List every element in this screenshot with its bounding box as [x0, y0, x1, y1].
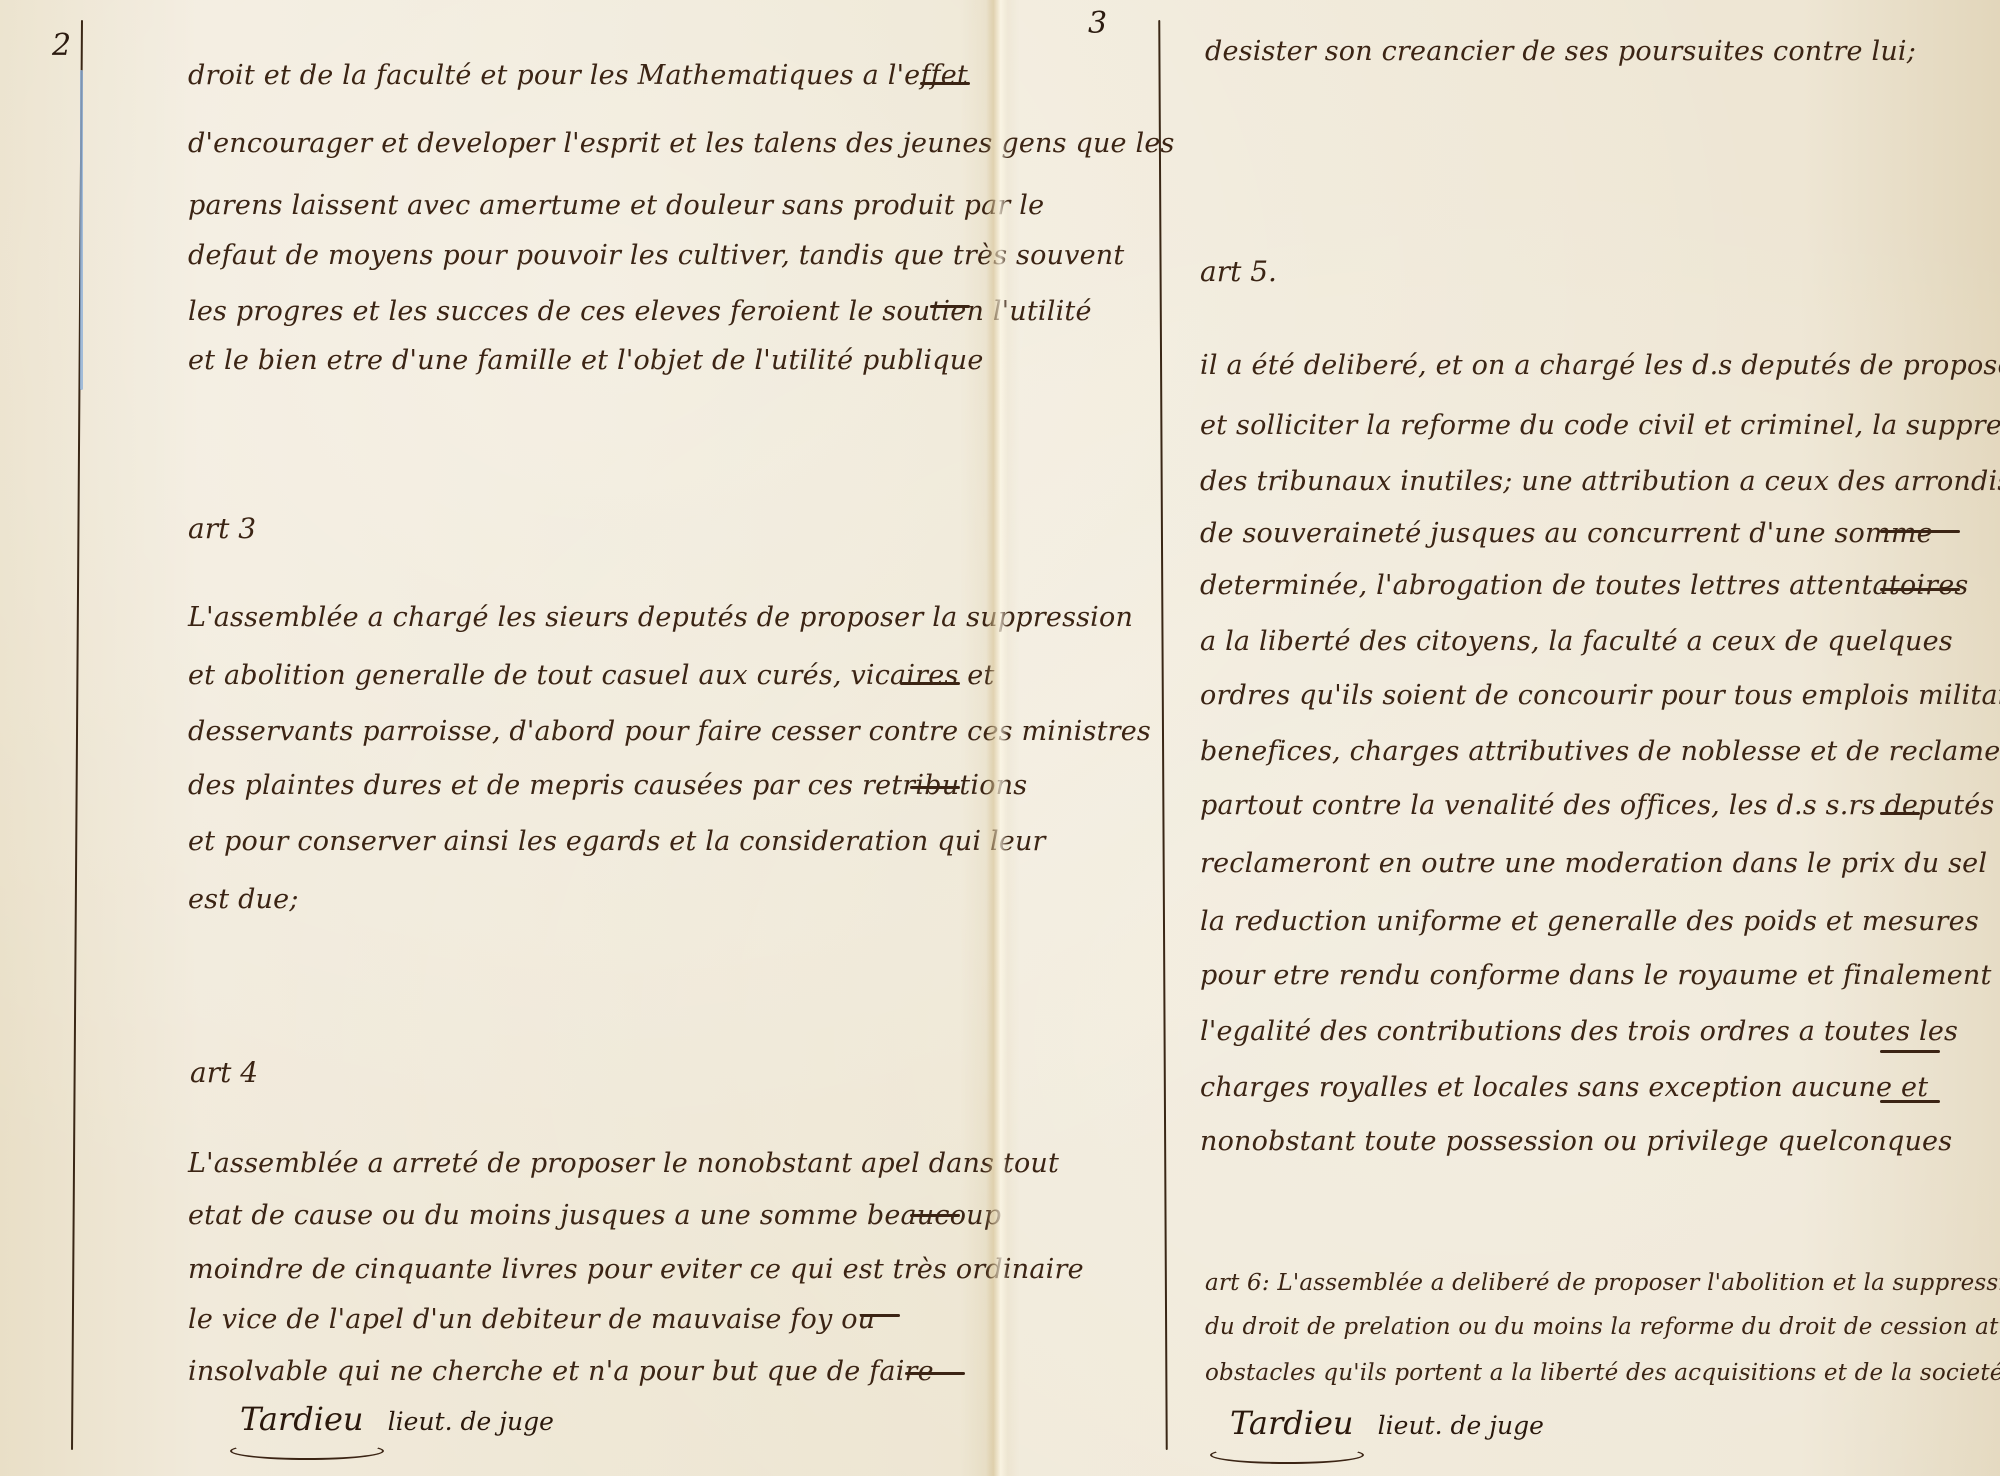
article-5-label: art 5. — [1200, 255, 1277, 288]
signature-title: lieut. de juge — [388, 1407, 554, 1436]
text-line: l'egalité des contributions des trois or… — [1200, 1016, 1958, 1047]
signature-flourish — [230, 1442, 384, 1460]
page-number: 2 — [52, 28, 71, 63]
text-line: il a été deliberé, et on a chargé les d.… — [1200, 350, 2000, 381]
text-line: L'assemblée a arreté de proposer le nono… — [188, 1148, 1059, 1179]
line-filler-dash — [1880, 1100, 1940, 1103]
text-line: art 6: L'assemblée a deliberé de propose… — [1205, 1270, 2000, 1296]
signature-name: Tardieu — [240, 1400, 364, 1438]
line-filler-dash — [1880, 588, 1960, 591]
line-filler-dash — [1880, 530, 1960, 533]
signature: Tardieu lieut. de juge — [240, 1400, 554, 1438]
line-filler-dash — [1880, 812, 1920, 815]
text-line: partout contre la venalité des offices, … — [1200, 790, 1994, 821]
line-filler-dash — [860, 1314, 900, 1317]
article-3-label: art 3 — [188, 512, 256, 545]
text-line: et pour conserver ainsi les egards et la… — [188, 826, 1046, 857]
signature-name: Tardieu — [1230, 1404, 1354, 1442]
manuscript-spread: 2 droit et de la faculté et pour les Mat… — [0, 0, 2000, 1476]
text-line: charges royalles et locales sans excepti… — [1200, 1072, 1928, 1103]
text-line: etat de cause ou du moins jusques a une … — [188, 1200, 1001, 1231]
text-line: et abolition generalle de tout casuel au… — [188, 660, 995, 691]
article-6-label: art 6: — [1205, 1270, 1270, 1296]
text-line: parens laissent avec amertume et douleur… — [188, 190, 1044, 221]
text-line: determinée, l'abrogation de toutes lettr… — [1200, 570, 1968, 601]
signature: Tardieu lieut. de juge — [1230, 1404, 1544, 1442]
line-filler-dash — [910, 1214, 960, 1217]
text-line: droit et de la faculté et pour les Mathe… — [188, 60, 968, 91]
article-4-label: art 4 — [190, 1056, 258, 1089]
left-page: 2 droit et de la faculté et pour les Mat… — [0, 0, 1000, 1476]
margin-rule — [1158, 20, 1167, 1450]
text-line: des plaintes dures et de mepris causées … — [188, 770, 1027, 801]
signature-flourish — [1210, 1446, 1364, 1464]
line-filler-dash — [1880, 1050, 1940, 1053]
line-filler-dash — [930, 305, 970, 308]
text-line: et le bien etre d'une famille et l'objet… — [188, 345, 984, 376]
text-line: le vice de l'apel d'un debiteur de mauva… — [188, 1304, 875, 1335]
text-line: et solliciter la reforme du code civil e… — [1200, 410, 2000, 441]
text-line: insolvable qui ne cherche et n'a pour bu… — [188, 1356, 934, 1387]
text-line: est due; — [188, 884, 299, 915]
text-line: reclameront en outre une moderation dans… — [1200, 848, 1987, 879]
text-line: a la liberté des citoyens, la faculté a … — [1200, 626, 1953, 657]
text-line: desister son creancier de ses poursuites… — [1205, 36, 1916, 67]
text-line: defaut de moyens pour pouvoir les cultiv… — [188, 240, 1124, 271]
text-line: de souveraineté jusques au concurrent d'… — [1200, 518, 1933, 549]
blue-pencil-bracket — [80, 70, 83, 390]
text-line: obstacles qu'ils portent a la liberté de… — [1205, 1360, 2000, 1386]
signature-title: lieut. de juge — [1378, 1411, 1544, 1440]
page-number: 3 — [1088, 6, 1107, 41]
text-line: des tribunaux inutiles; une attribution … — [1200, 466, 2000, 497]
text-line: ordres qu'ils soient de concourir pour t… — [1200, 680, 2000, 711]
text-line: pour etre rendu conforme dans le royaume… — [1200, 960, 1992, 991]
text-line: les progres et les succes de ces eleves … — [188, 296, 1092, 327]
right-page: 3 desister son creancier de ses poursuit… — [1000, 0, 2000, 1476]
text-line: moindre de cinquante livres pour eviter … — [188, 1254, 1084, 1285]
text-line: benefices, charges attributives de noble… — [1200, 736, 2000, 767]
line-filler-dash — [900, 682, 960, 685]
text-line: nonobstant toute possession ou privilege… — [1200, 1126, 1952, 1157]
text-line: du droit de prelation ou du moins la ref… — [1205, 1314, 2000, 1340]
line-filler-dash — [905, 1372, 965, 1375]
text-line: la reduction uniforme et generalle des p… — [1200, 906, 1979, 937]
line-filler-dash — [910, 786, 960, 789]
line-filler-dash — [920, 82, 970, 85]
